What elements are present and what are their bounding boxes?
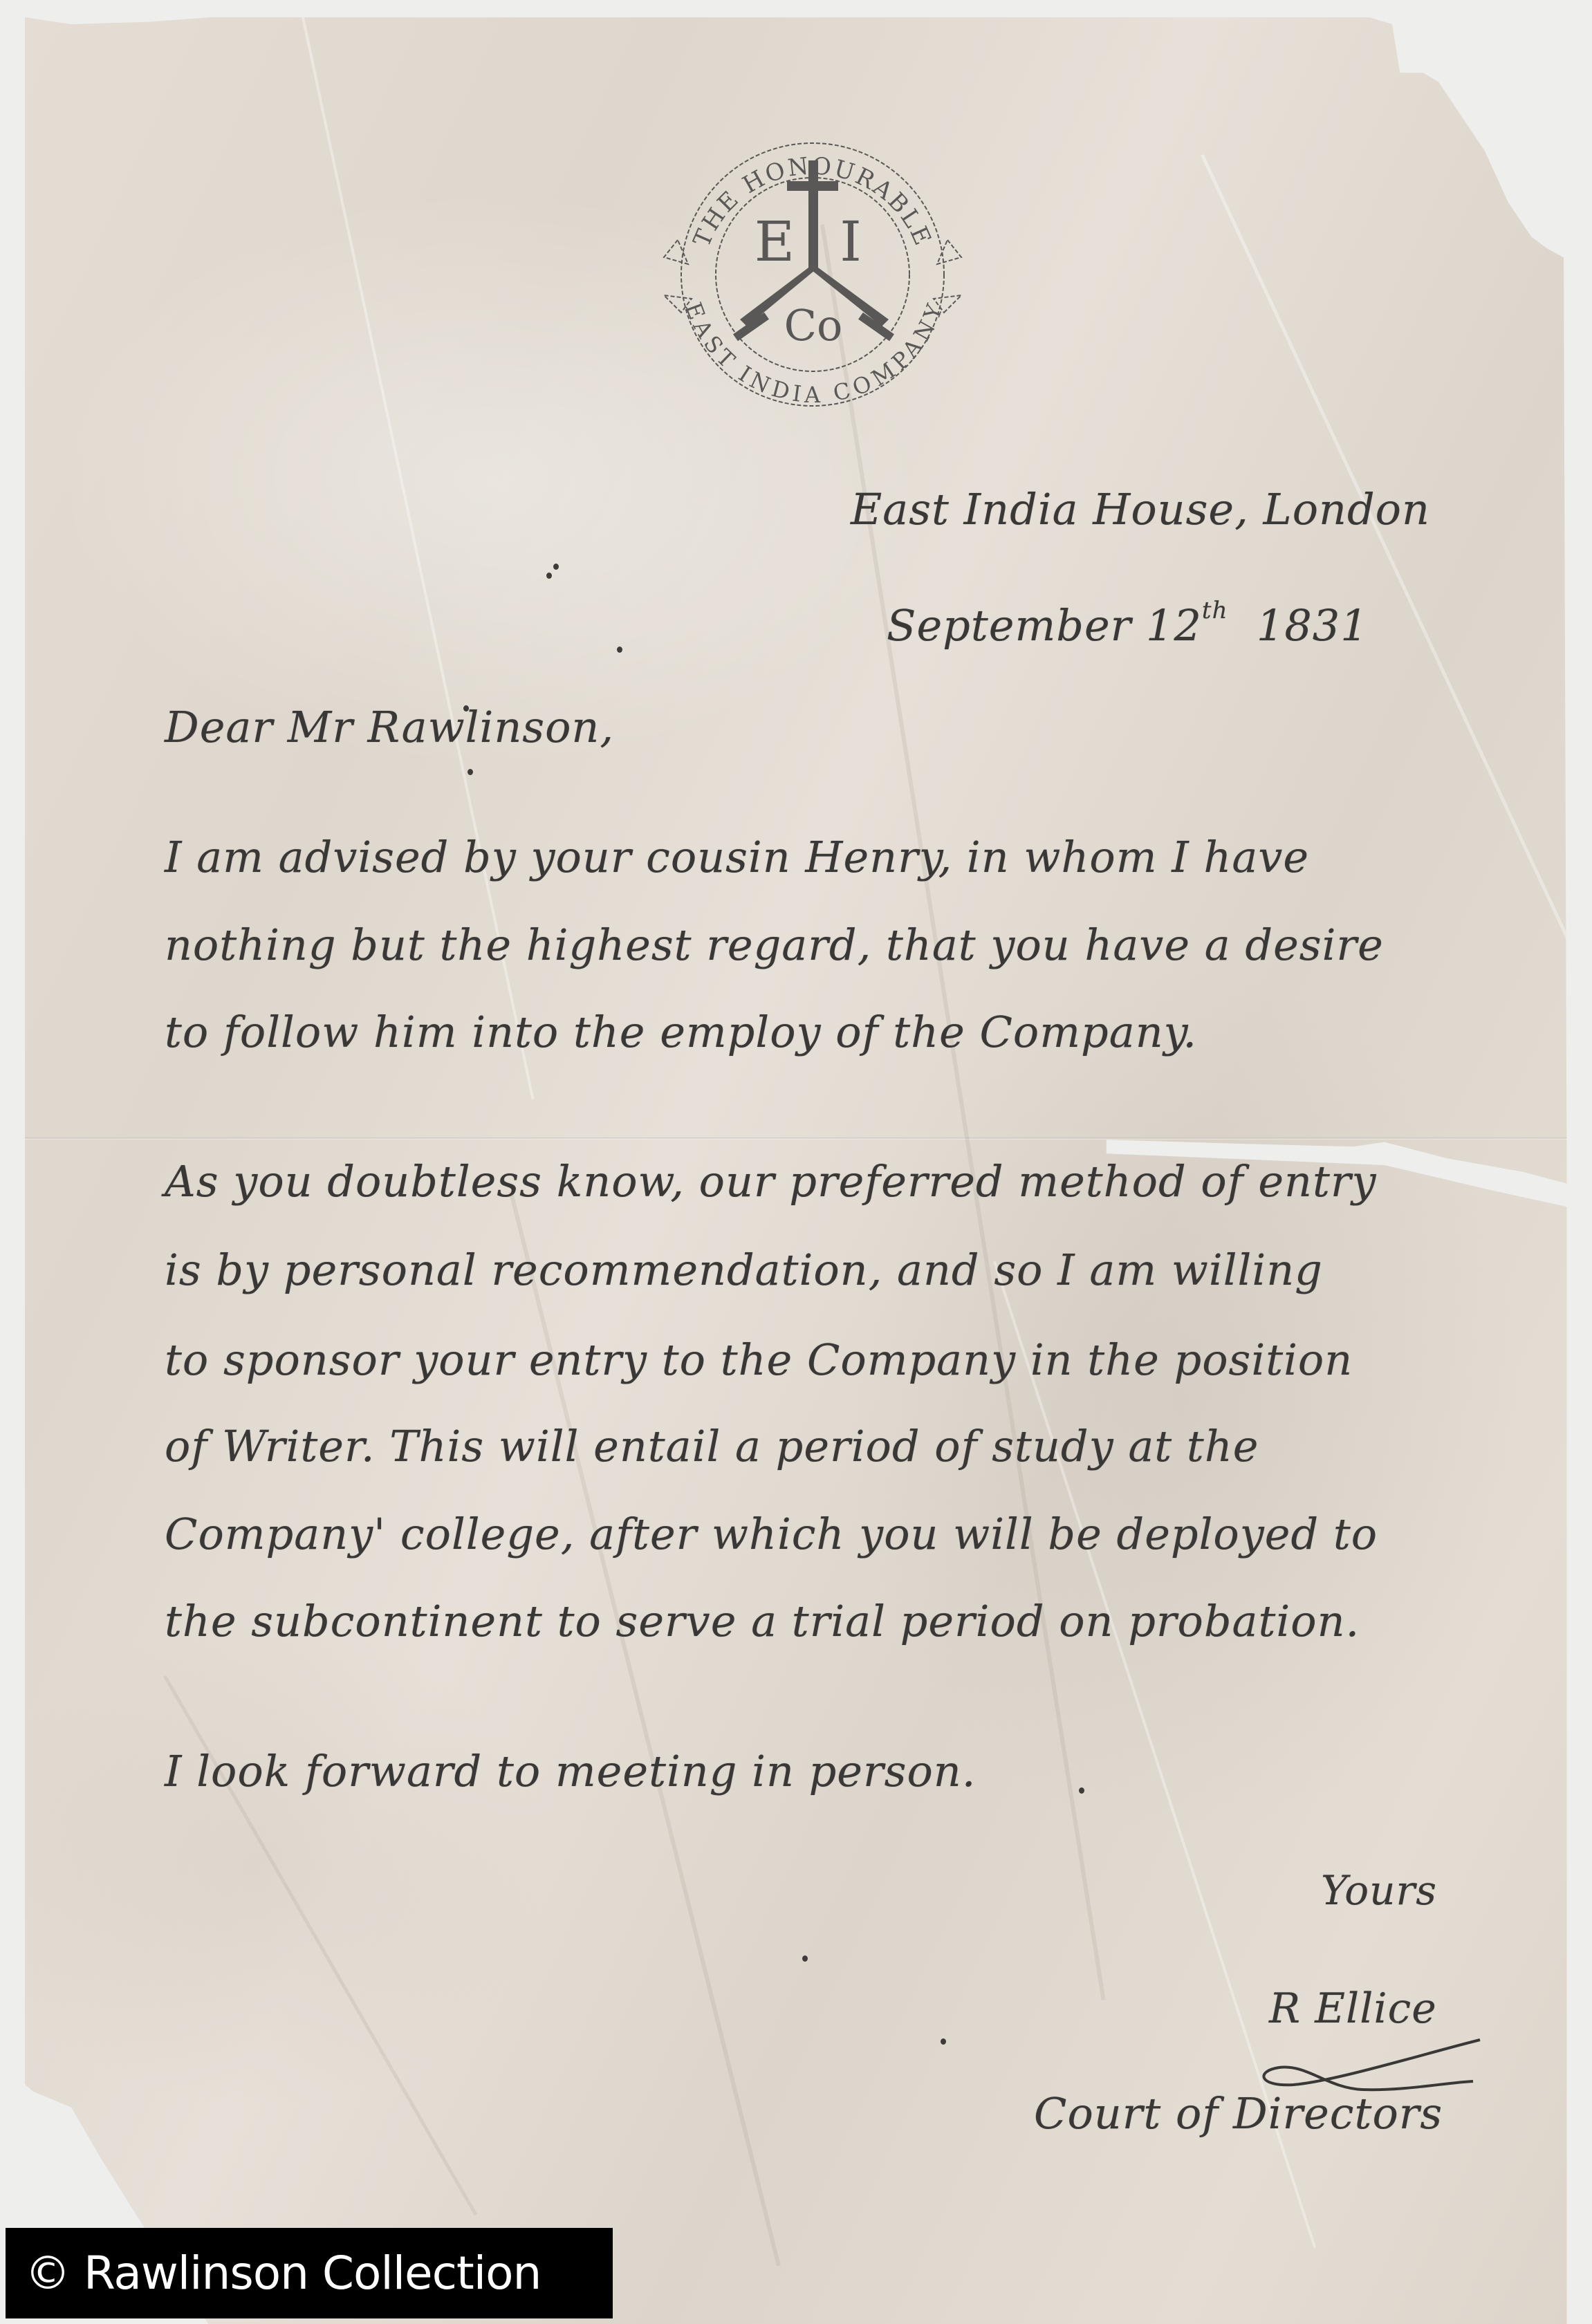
signatory-title: Court of Directors xyxy=(1034,2088,1443,2139)
ink-speck xyxy=(802,1955,808,1962)
body-line: nothing but the highest regard, that you… xyxy=(165,920,1384,970)
ink-speck xyxy=(553,564,559,570)
svg-text:E: E xyxy=(755,210,795,274)
ink-speck xyxy=(546,573,552,579)
ink-speck xyxy=(463,705,469,712)
date-month: September xyxy=(887,600,1131,651)
closing: Yours xyxy=(1321,1867,1437,1914)
east-india-company-emblem: THE HONOURABLE EAST INDIA COMPANY E I Co xyxy=(657,126,968,423)
body-line: As you doubtless know, our preferred met… xyxy=(165,1156,1377,1207)
date-day: 12 xyxy=(1146,600,1202,651)
signature-flourish-icon xyxy=(1252,2033,1501,2095)
letter-date: September 12th 1831 xyxy=(887,600,1369,651)
date-ordinal: th xyxy=(1202,597,1228,624)
svg-text:Co: Co xyxy=(784,300,843,351)
ink-speck xyxy=(941,2038,946,2045)
fold-crease xyxy=(25,1137,1570,1140)
date-year: 1831 xyxy=(1257,600,1369,651)
body-line: to sponsor your entry to the Company in … xyxy=(165,1335,1353,1385)
svg-text:I: I xyxy=(840,210,862,274)
copyright-watermark: © Rawlinson Collection xyxy=(6,2228,613,2318)
salutation: Dear Mr Rawlinson, xyxy=(165,702,614,752)
body-line: to follow him into the employ of the Com… xyxy=(165,1007,1197,1057)
cross-and-keys-emblem-icon: THE HONOURABLE EAST INDIA COMPANY E I Co xyxy=(657,126,968,423)
sender-address: East India House, London xyxy=(851,484,1430,534)
body-line: the subcontinent to serve a trial period… xyxy=(165,1596,1360,1646)
ink-speck xyxy=(1079,1787,1084,1794)
body-line: I look forward to meeting in person. xyxy=(165,1746,976,1796)
body-line: of Writer. This will entail a period of … xyxy=(165,1421,1259,1471)
body-line: is by personal recommendation, and so I … xyxy=(165,1245,1323,1295)
ink-speck xyxy=(468,769,473,775)
body-line: Company' college, after which you will b… xyxy=(165,1509,1378,1559)
ink-speck xyxy=(617,647,622,653)
signature: R Ellice xyxy=(1269,1984,1437,2033)
body-line: I am advised by your cousin Henry, in wh… xyxy=(165,832,1309,882)
